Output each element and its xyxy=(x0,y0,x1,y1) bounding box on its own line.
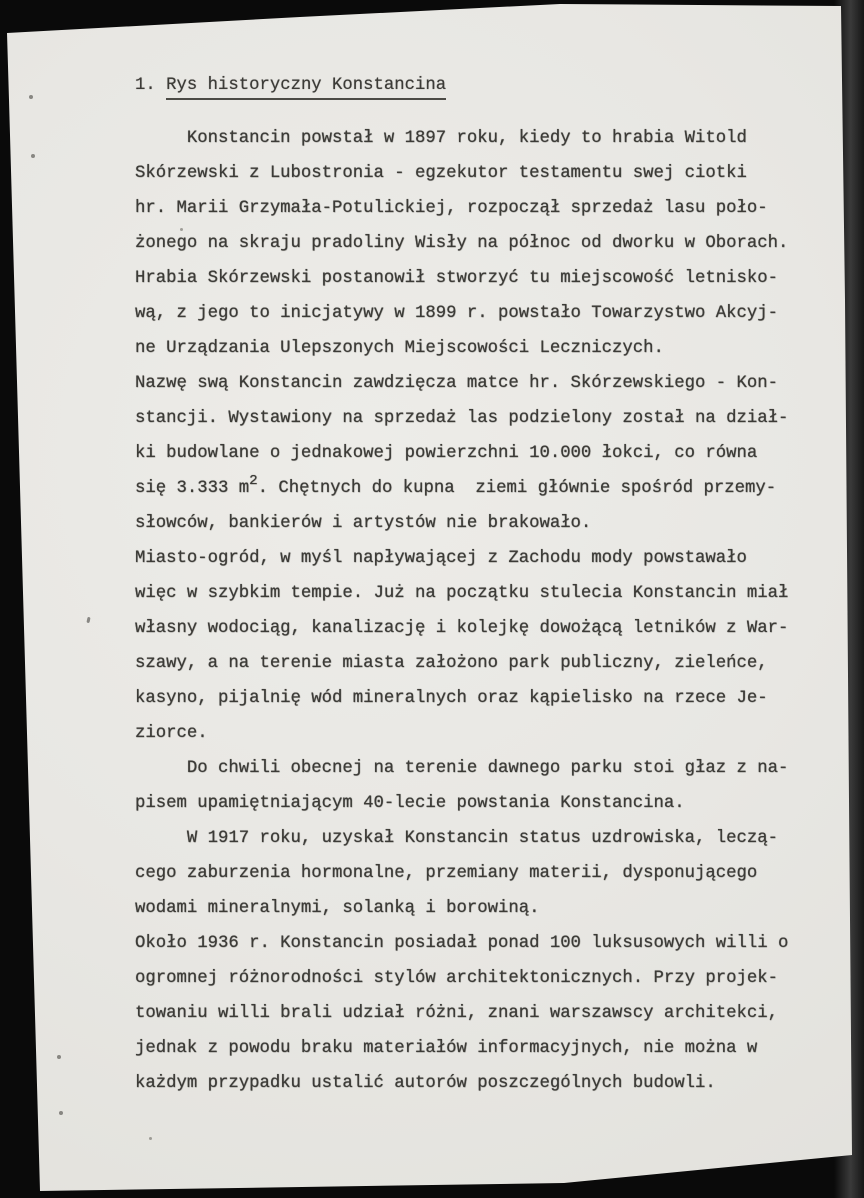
page-text: 1. Rys historyczny Konstancina Konstanci… xyxy=(0,0,864,1198)
text-line: ziorce. xyxy=(135,716,835,751)
paper-speck xyxy=(29,95,33,99)
text-line: pisem upamiętniającym 40-lecie powstania… xyxy=(135,786,835,821)
text-line: ogromnej różnorodności stylów architekto… xyxy=(135,961,835,996)
text-line: towaniu willi brali udział różni, znani … xyxy=(135,996,835,1031)
text-line: wodami mineralnymi, solanką i borowiną. xyxy=(135,891,835,926)
text-line: ne Urządzania Ulepszonych Miejscowości L… xyxy=(135,331,835,366)
text-line: Nazwę swą Konstancin zawdzięcza matce hr… xyxy=(135,366,835,401)
superscript-2: 2 xyxy=(249,464,258,499)
section-number: 1. xyxy=(135,76,166,95)
text-line: wą, z jego to inicjatywy w 1899 r. powst… xyxy=(135,296,835,331)
text-line: Miasto-ogród, w myśl napływającej z Zach… xyxy=(135,541,835,576)
text-line: się 3.333 m2. Chętnych do kupna ziemi gł… xyxy=(135,471,835,506)
text-line: szawy, a na terenie miasta założono park… xyxy=(135,646,835,681)
paper-speck xyxy=(180,228,183,231)
text-line: kasyno, pijalnię wód mineralnych oraz ką… xyxy=(135,681,835,716)
text-line: ki budowlane o jednakowej powierzchni 10… xyxy=(135,436,835,471)
text-line: cego zaburzenia hormonalne, przemiany ma… xyxy=(135,856,835,891)
paper-speck xyxy=(149,1137,152,1140)
section-heading: 1. Rys historyczny Konstancina xyxy=(135,74,446,98)
paper-speck xyxy=(59,1111,63,1115)
scanned-document: 1. Rys historyczny Konstancina Konstanci… xyxy=(0,0,864,1198)
text-line: więc w szybkim tempie. Już na początku s… xyxy=(135,576,835,611)
text-line: stancji. Wystawiony na sprzedaż las podz… xyxy=(135,401,835,436)
paper-speck xyxy=(31,154,35,158)
text-line: Hrabia Skórzewski postanowił stworzyć tu… xyxy=(135,261,835,296)
body-text: Konstancin powstał w 1897 roku, kiedy to… xyxy=(135,121,835,1101)
text-line: Do chwili obecnej na terenie dawnego par… xyxy=(135,751,835,786)
text-line: hr. Marii Grzymała-Potulickiej, rozpoczą… xyxy=(135,191,835,226)
section-title: Rys historyczny Konstancina xyxy=(166,76,446,100)
text-line: Konstancin powstał w 1897 roku, kiedy to… xyxy=(135,121,835,156)
text-line: W 1917 roku, uzyskał Konstancin status u… xyxy=(135,821,835,856)
text-line: każdym przypadku ustalić autorów poszcze… xyxy=(135,1066,835,1101)
text-line: jednak z powodu braku materiałów informa… xyxy=(135,1031,835,1066)
text-line: Około 1936 r. Konstancin posiadał ponad … xyxy=(135,926,835,961)
text-line: słowców, bankierów i artystów nie brakow… xyxy=(135,506,835,541)
text-line: żonego na skraju pradoliny Wisły na półn… xyxy=(135,226,835,261)
text-line: Skórzewski z Lubostronia - egzekutor tes… xyxy=(135,156,835,191)
paper-speck xyxy=(57,1055,61,1059)
text-line: własny wodociąg, kanalizację i kolejkę d… xyxy=(135,611,835,646)
